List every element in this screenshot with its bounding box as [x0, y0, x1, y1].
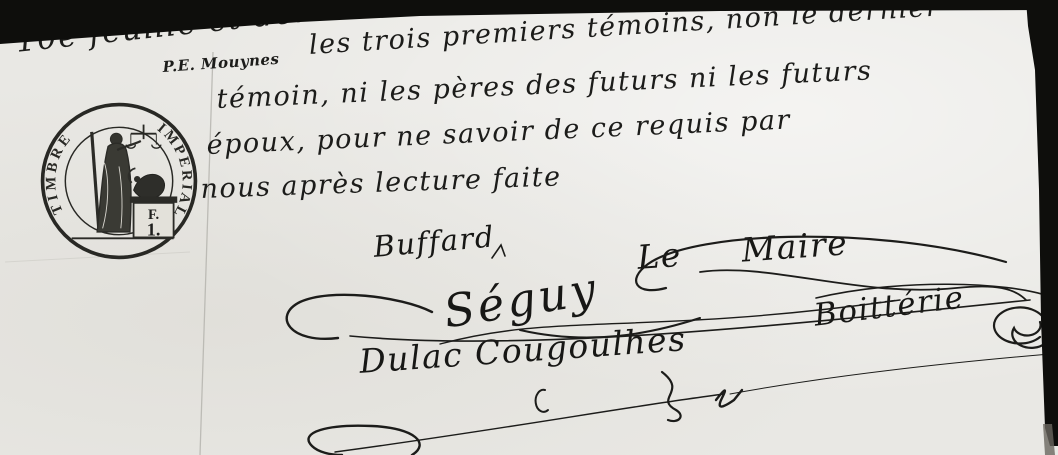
stamp-denomination-value: 1. [147, 220, 161, 240]
timbre-imperial-stamp: TIMBRE IMPERIAL. [28, 90, 210, 272]
signature-boitterie: Boittérie [812, 280, 966, 334]
eagle-icon [129, 168, 165, 198]
signature-buffard: Buffard [372, 219, 496, 263]
act-body-line: les trois premiers témoins, non le derni… [308, 0, 941, 61]
signature-dulac-cougoulhes: Dulac Cougoulhes [358, 319, 688, 381]
scan-edge-right [1026, 0, 1058, 446]
signature-le-maire: Le Maire [636, 223, 849, 277]
scan-edge-right-fade [1043, 424, 1055, 455]
clerk-initials-note: P.E. Mouynes [162, 50, 280, 76]
act-body-line: époux, pour ne savoir de ce requis par [206, 104, 791, 160]
document-page: TIMBRE IMPERIAL. [0, 0, 1058, 455]
stamp-arc-text-left: TIMBRE [43, 129, 76, 216]
svg-text:TIMBRE: TIMBRE [43, 129, 76, 216]
act-body-line: nous après lecture faite [200, 161, 562, 205]
